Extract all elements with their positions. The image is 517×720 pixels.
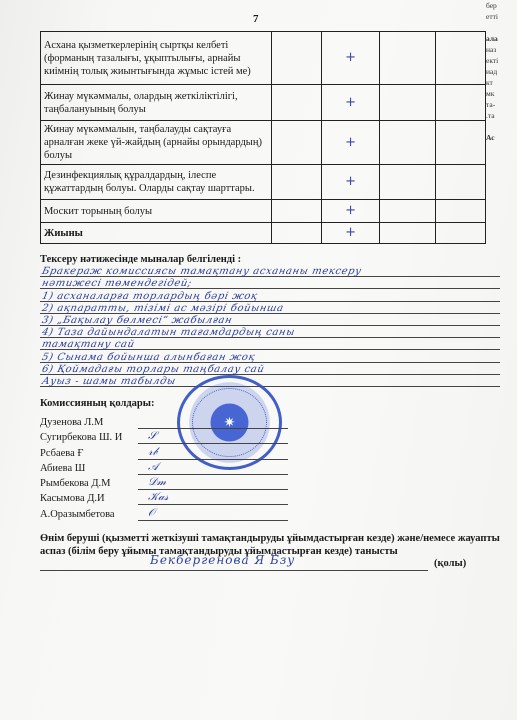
findings-title: Тексеру нәтижесінде мыналар белгіленді : [40, 254, 241, 265]
mark-cell [435, 223, 485, 244]
side-strip-fragment: .та [486, 110, 517, 121]
member-name: Сугирбекова Ш. И [40, 432, 122, 443]
mark-cell [435, 200, 485, 223]
handwritten-plus-mark: + [345, 203, 356, 218]
signature-line [138, 443, 288, 444]
table-row: Жинау мүкәммалы, олардың жеткіліктілігі,… [41, 85, 486, 121]
document-page: 7 беретті аланазектіиадктмкта-.та Ас Асх… [0, 0, 517, 720]
member-name: Дузенова Л.М [40, 417, 103, 428]
signature-line [138, 504, 288, 505]
side-strip-fragment: кт [486, 77, 517, 88]
handwritten-text: Ауыз - шамы табылды [41, 376, 177, 387]
mark-cell [435, 85, 485, 121]
criterion-cell: Москит торының болуы [41, 200, 272, 223]
handwritten-text: 6) Қоймадағы торлары таңбалау сай [41, 364, 266, 375]
mark-cell: + [322, 85, 379, 121]
findings-line: 1) асханаларға торлардың бәрі жоқ [40, 289, 500, 301]
mark-cell [379, 200, 435, 223]
handwritten-plus-mark: + [345, 174, 356, 189]
signature-line [138, 428, 288, 429]
side-strip-fragment: етті [486, 11, 517, 22]
commission-member: Дузенова Л.М [40, 417, 250, 432]
side-strip-fragment [486, 121, 517, 132]
findings-line: тамақтану сай [40, 338, 500, 350]
findings-handwritten: Бракераж комиссиясы тамақтану асхананы т… [40, 265, 500, 387]
adjacent-page-edge: беретті аланазектіиадктмкта-.та Ас [486, 0, 517, 200]
table-row: Асхана қызметкерлерінің сыртқы келбеті (… [41, 32, 486, 85]
commission-member: Рымбекова Д.М𝒟𝓂 [40, 478, 250, 493]
handwritten-text: нәтижесі төмендегідей; [41, 278, 193, 289]
handwritten-plus-mark: + [345, 225, 356, 240]
findings-line: 6) Қоймадағы торлары таңбалау сай [40, 363, 500, 375]
commission-member: А.Оразымбетова𝒪 [40, 509, 250, 524]
commission-member: Сугирбекова Ш. И𝒮 [40, 432, 250, 447]
mark-cell: + [322, 32, 379, 85]
side-strip-fragment: мк [486, 88, 517, 99]
member-signature: 𝒟𝓂 [148, 475, 166, 489]
criterion-cell: Жиыны [41, 223, 272, 244]
mark-cell [272, 32, 322, 85]
criterion-cell: Жинау мүкәммалын, таңбалауды сақтауға ар… [41, 121, 272, 165]
table-row: Жинау мүкәммалын, таңбалауды сақтауға ар… [41, 121, 486, 165]
handwritten-text: 3) „Бақылау бөлмесі“ жабылған [41, 315, 234, 326]
criterion-cell: Асхана қызметкерлерінің сыртқы келбеті (… [41, 32, 272, 85]
member-name: Касымова Д.И [40, 493, 105, 504]
commission-member: Рсбаева Ғ𝓇𝒷 [40, 448, 250, 463]
findings-line: 4) Таза дайындалатын тағамдардың саны [40, 326, 500, 338]
mark-cell [379, 165, 435, 200]
mark-cell [272, 200, 322, 223]
handwritten-plus-mark: + [345, 50, 356, 65]
side-strip-fragment: бер [486, 0, 517, 11]
mark-cell [272, 165, 322, 200]
mark-cell [379, 85, 435, 121]
side-strip-fragment: та- [486, 99, 517, 110]
mark-cell [379, 223, 435, 244]
side-strip-fragment: наз [486, 44, 517, 55]
signature-line [138, 520, 288, 521]
table-row: Москит торының болуы+ [41, 200, 486, 223]
commission-members: Дузенова Л.МСугирбекова Ш. И𝒮Рсбаева Ғ𝓇𝒷… [40, 417, 250, 524]
handwritten-text: 5) Сынама бойынша алынбаған жоқ [41, 352, 256, 363]
table-row: Жиыны+ [41, 223, 486, 244]
findings-line: 3) „Бақылау бөлмесі“ жабылған [40, 314, 500, 326]
handwritten-text: 2) ақпаратты, тізімі ас мәзірі бойынша [41, 303, 285, 314]
handwritten-text: Бракераж комиссиясы тамақтану асхананы т… [41, 266, 363, 277]
handwritten-text: тамақтану сай [41, 339, 136, 350]
signature-caption: (қолы) [434, 558, 466, 569]
signatures-title: Комиссияның қолдары: [40, 398, 154, 409]
commission-member: Касымова Д.И𝒦𝒶𝓈 [40, 493, 250, 508]
member-signature: 𝒜 [148, 460, 158, 474]
handwritten-text: 4) Таза дайындалатын тағамдардың саны [41, 327, 296, 338]
mark-cell [272, 223, 322, 244]
findings-line: 2) ақпаратты, тізімі ас мәзірі бойынша [40, 302, 500, 314]
mark-cell: + [322, 200, 379, 223]
side-strip-fragment: ала [486, 33, 517, 44]
mark-cell [435, 32, 485, 85]
mark-cell: + [322, 121, 379, 165]
member-signature: 𝒮 [148, 429, 157, 443]
member-name: Абиева Ш [40, 463, 85, 474]
member-signature: 𝒪 [148, 506, 155, 520]
mark-cell [272, 121, 322, 165]
mark-cell [435, 121, 485, 165]
side-strip-fragment: Ас [486, 132, 517, 143]
mark-cell: + [322, 165, 379, 200]
side-strip-fragment: екті [486, 55, 517, 66]
member-signature: 𝒦𝒶𝓈 [148, 490, 168, 504]
mark-cell [379, 121, 435, 165]
member-name: А.Оразымбетова [40, 509, 115, 520]
side-strip-fragment: иад [486, 66, 517, 77]
findings-line: Ауыз - шамы табылды [40, 375, 500, 387]
member-signature: 𝓇𝒷 [148, 445, 157, 459]
criterion-cell: Жинау мүкәммалы, олардың жеткіліктілігі,… [41, 85, 272, 121]
page-number: 7 [253, 13, 259, 25]
mark-cell [435, 165, 485, 200]
mark-cell [272, 85, 322, 121]
member-name: Рсбаева Ғ [40, 448, 83, 459]
commission-member: Абиева Ш𝒜 [40, 463, 250, 478]
findings-line: Бракераж комиссиясы тамақтану асхананы т… [40, 265, 500, 277]
handwritten-text: 1) асханаларға торлардың бәрі жоқ [41, 291, 259, 302]
signature-line [138, 459, 288, 460]
findings-line: нәтижесі төмендегідей; [40, 277, 500, 289]
producer-signature: Бекбергенова Я Бзу [150, 553, 295, 567]
mark-cell [379, 32, 435, 85]
side-strip-fragment [486, 22, 517, 33]
criterion-cell: Дезинфекциялық құралдардың, ілеспе құжат… [41, 165, 272, 200]
mark-cell: + [322, 223, 379, 244]
handwritten-plus-mark: + [345, 95, 356, 110]
inspection-table: Асхана қызметкерлерінің сыртқы келбеті (… [40, 31, 486, 244]
table-row: Дезинфекциялық құралдардың, ілеспе құжат… [41, 165, 486, 200]
handwritten-plus-mark: + [345, 135, 356, 150]
member-name: Рымбекова Д.М [40, 478, 110, 489]
findings-line: 5) Сынама бойынша алынбаған жоқ [40, 350, 500, 362]
producer-signature-line [40, 570, 428, 571]
